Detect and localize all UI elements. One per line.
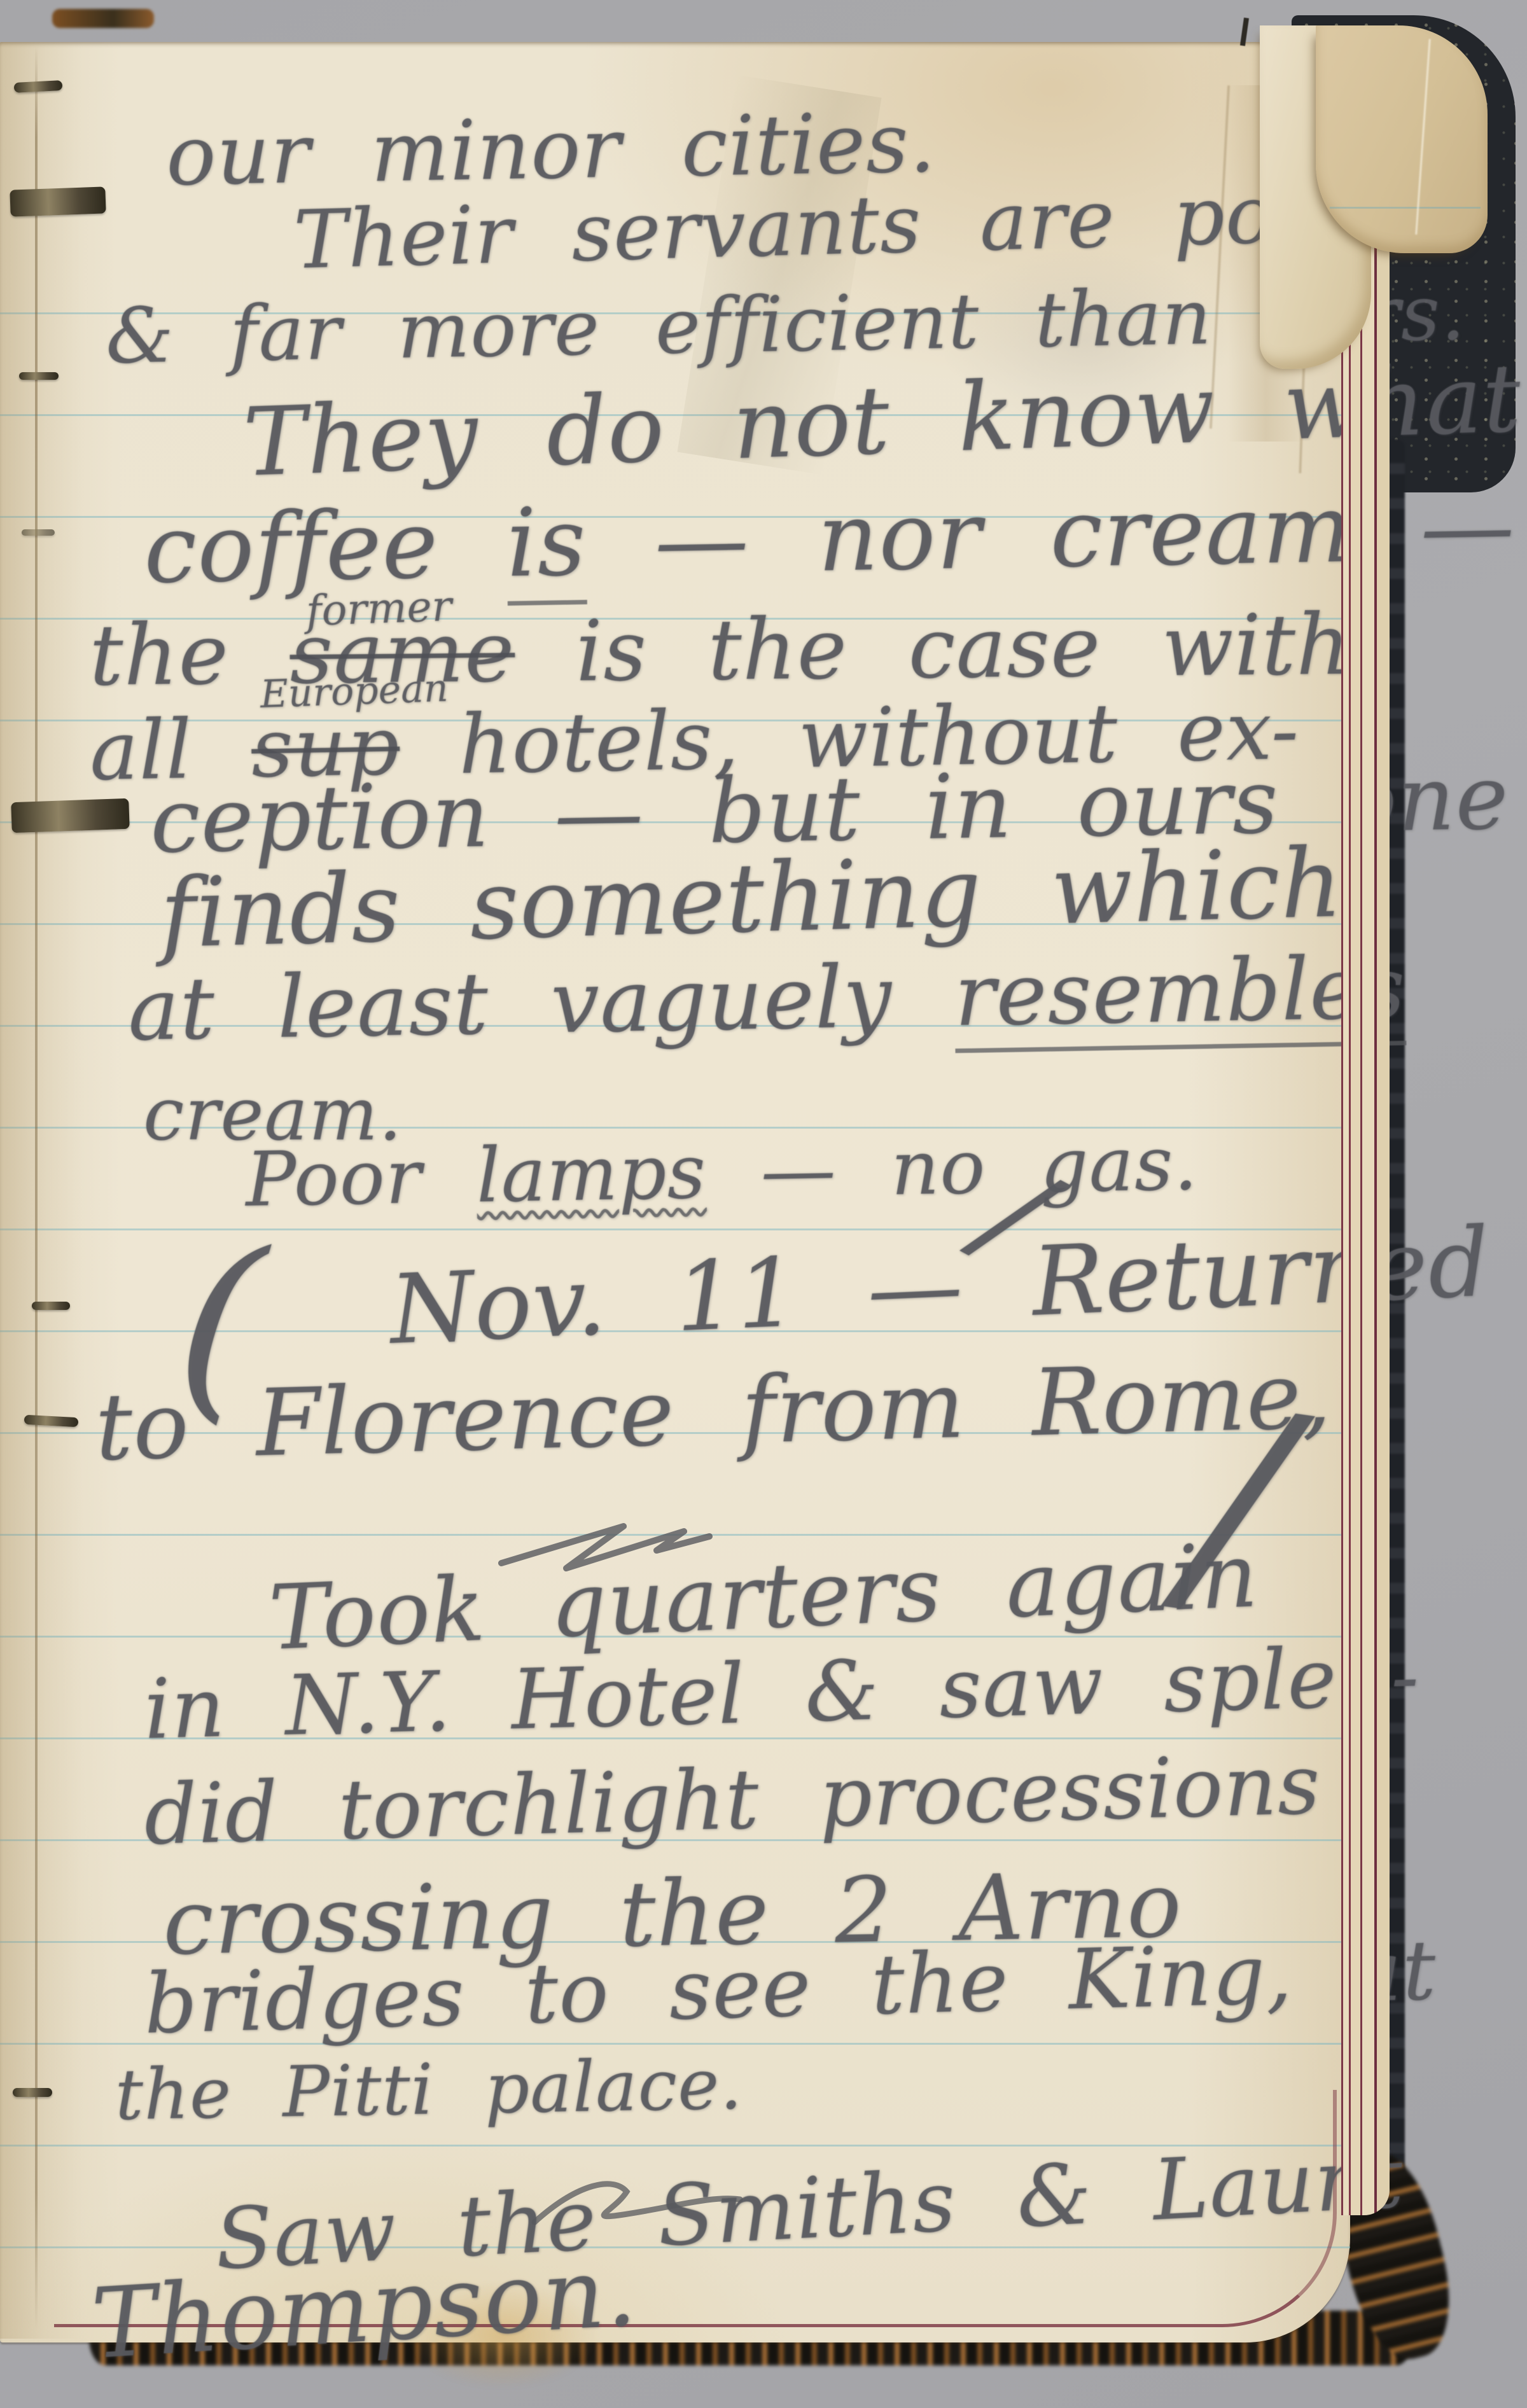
stitch-mark xyxy=(11,798,130,833)
folded-corner-crease xyxy=(1416,39,1431,235)
folded-page-corner xyxy=(1316,25,1488,253)
page-foredge-stack xyxy=(1341,52,1390,2215)
insert-former: former xyxy=(305,585,452,632)
line-torchlight: did torchlight processions xyxy=(143,1743,1321,1856)
line-vaguely-resembles: at least vaguely resembles xyxy=(127,945,1406,1053)
notebook-scan: our minor cities.Their servants are poli… xyxy=(0,0,1527,2408)
folded-corner-rule-line xyxy=(1330,207,1481,209)
line-pitti-palace: the Pitti palace. xyxy=(115,2049,743,2130)
flourish-squiggle xyxy=(519,2173,760,2236)
insert-european: European xyxy=(260,669,449,714)
stitch-mark xyxy=(19,372,59,380)
line-thompson: Thompson. xyxy=(89,2243,639,2373)
stitch-mark xyxy=(13,2088,52,2097)
stitch-mark xyxy=(10,186,106,216)
line-nov-11-returned: Nov. 11 — Returned xyxy=(388,1215,1492,1358)
stitch-mark xyxy=(22,529,55,536)
divider-squiggle xyxy=(490,1511,808,1584)
stitch-mark xyxy=(32,1302,70,1310)
line-to-florence-from-rome: to Florence from Rome, xyxy=(94,1349,1332,1474)
line-coffee-is: coffee is — nor cream — xyxy=(143,478,1516,597)
